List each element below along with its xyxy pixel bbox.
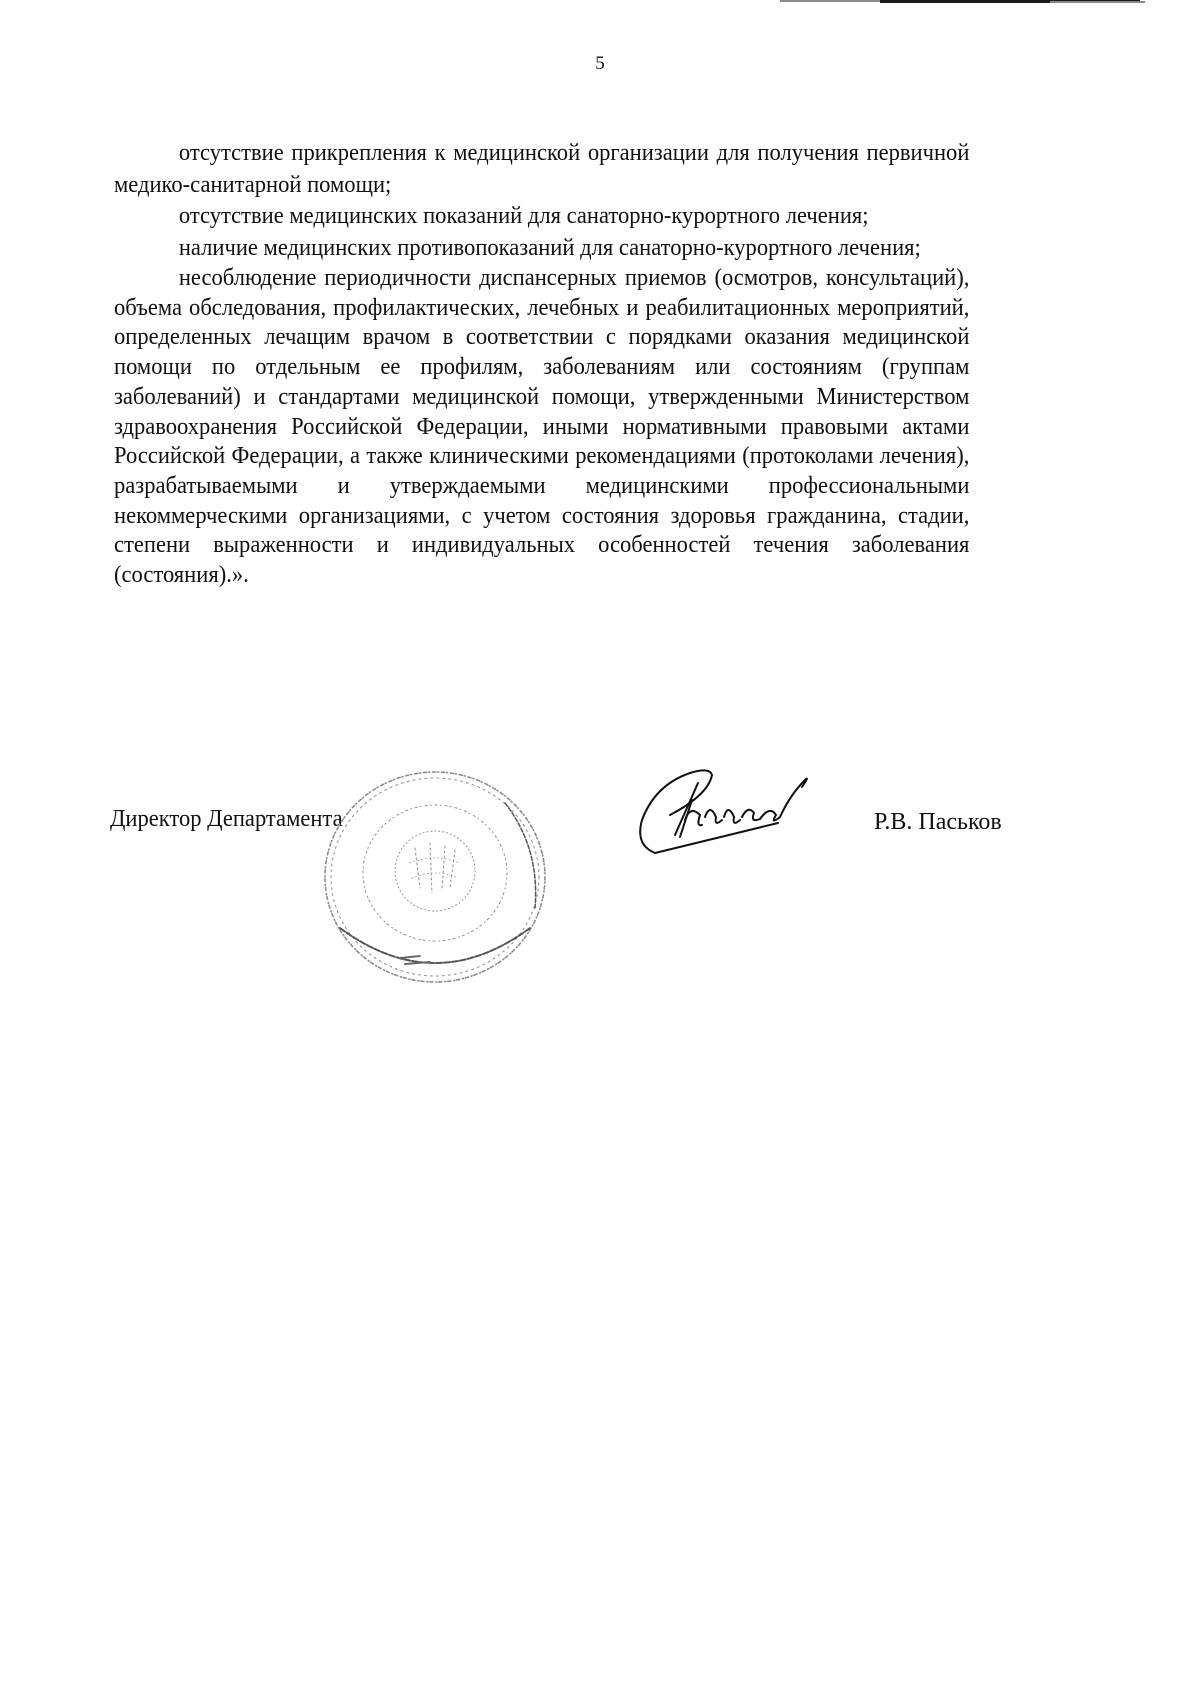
paragraph-noncompliance: несоблюдение периодичности диспансерных …	[114, 264, 969, 591]
seal-stamp-icon	[320, 768, 550, 986]
paragraph-contraindications: наличие медицинских противопоказаний для…	[114, 233, 969, 265]
paragraph-no-attachment: отсутствие прикрепления к медицинской ор…	[114, 138, 969, 201]
page-number: 5	[0, 52, 1200, 76]
signatory-title: Директор Департамента	[110, 804, 343, 834]
signatory-name: Р.В. Паськов	[874, 807, 1002, 837]
paragraph-no-indications: отсутствие медицинских показаний для сан…	[114, 201, 969, 233]
scan-artifact-line	[1050, 1, 1145, 3]
document-body: отсутствие прикрепления к медицинской ор…	[114, 138, 969, 591]
signature-icon	[630, 765, 850, 860]
